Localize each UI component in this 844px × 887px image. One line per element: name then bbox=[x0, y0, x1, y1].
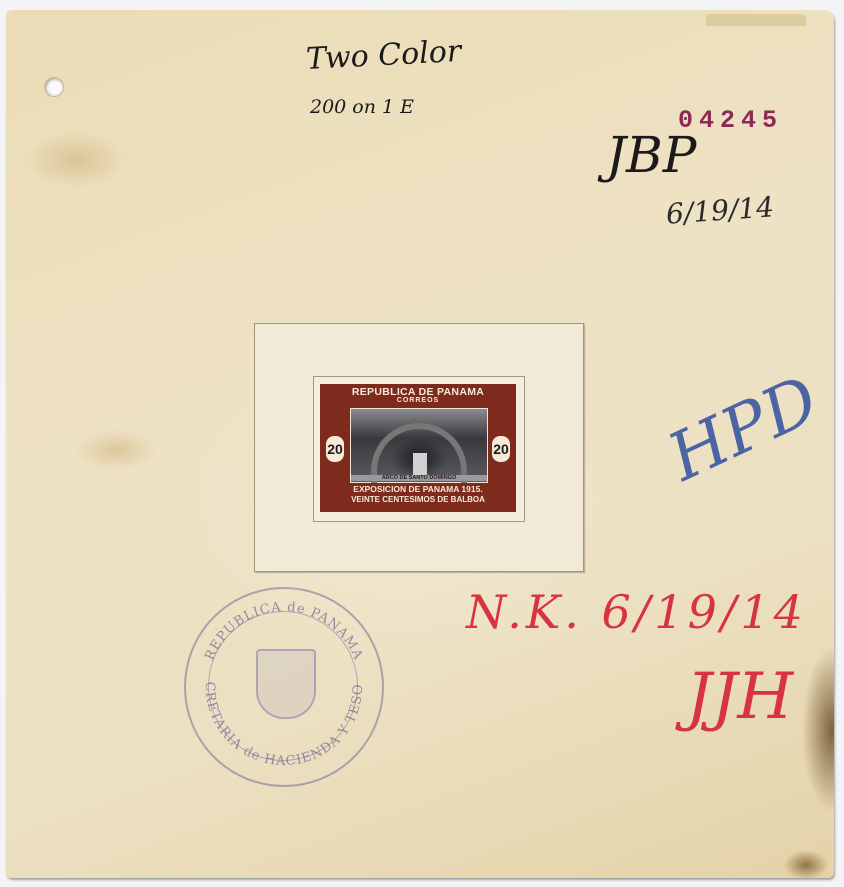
note-quantity: 200 on 1 E bbox=[310, 96, 414, 118]
stamp-value-right: 20 bbox=[492, 436, 510, 462]
stamp-proof: REPUBLICA DE PANAMA CORREOS 20 20 ARCO D… bbox=[320, 384, 516, 512]
stamp-value-left: 20 bbox=[326, 436, 344, 462]
proof-mount: REPUBLICA DE PANAMA CORREOS 20 20 ARCO D… bbox=[254, 323, 584, 572]
punch-hole bbox=[44, 77, 64, 97]
stamp-footer-line2: VEINTE CENTESIMOS DE BALBOA bbox=[320, 495, 516, 504]
blue-initials: HPD bbox=[657, 361, 830, 496]
red-note: N.K. 6/19/14 bbox=[466, 585, 807, 639]
doorway-illustration bbox=[413, 453, 427, 475]
card-tab bbox=[706, 14, 806, 26]
vignette-caption: ARCO DE SANTO DOMINGO bbox=[351, 475, 487, 481]
stamp-vignette: ARCO DE SANTO DOMINGO bbox=[350, 408, 488, 483]
initials-signature: JBP bbox=[606, 126, 696, 184]
stamp-subheader: CORREOS bbox=[320, 397, 516, 404]
approval-date: 6/19/14 bbox=[665, 190, 775, 230]
plate-impression: REPUBLICA DE PANAMA CORREOS 20 20 ARCO D… bbox=[313, 376, 525, 522]
coat-of-arms-icon bbox=[256, 649, 316, 719]
official-seal: REPUBLICA de PANAMA SECRETARIA de HACIEN… bbox=[184, 587, 384, 787]
stamp-footer-line1: EXPOSICION DE PANAMA 1915. bbox=[320, 484, 516, 494]
note-two-color: Two Color bbox=[305, 34, 462, 77]
proof-card: Two Color 200 on 1 E 04245 JBP 6/19/14 H… bbox=[6, 10, 834, 878]
red-signature: JJH bbox=[686, 660, 793, 734]
